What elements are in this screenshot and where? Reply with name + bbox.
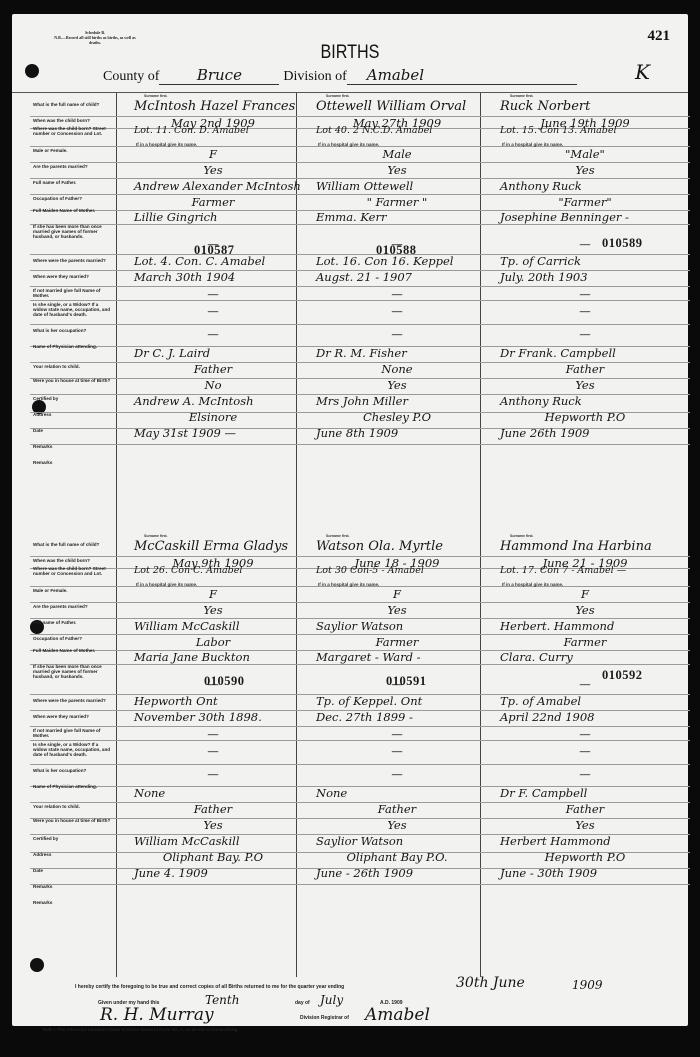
- record-father: Herbert. Hammond: [500, 619, 614, 633]
- surname-first-note: Surname first.: [144, 94, 168, 98]
- field-label: What is her occupation?: [33, 768, 113, 773]
- record-if-not-married: —: [490, 287, 680, 301]
- record-single-widow: —: [306, 304, 488, 318]
- field-label-remarks: Remarks: [33, 900, 113, 905]
- record-name: Ottewell William Orval: [316, 99, 466, 114]
- record-mother-maiden: Emma. Kerr: [316, 210, 386, 224]
- record-mother-maiden: Lillie Gingrich: [134, 210, 217, 224]
- field-label: Were you in house at time of Birth?: [33, 818, 113, 823]
- record-in-house: Yes: [306, 378, 488, 392]
- record-born-where: Lot. 15. Con 13. Amabel: [500, 125, 617, 136]
- field-label: Certified by: [33, 836, 113, 841]
- record-sex: F: [306, 587, 488, 601]
- record-former-husbands: —: [490, 677, 680, 691]
- record-single-widow: —: [306, 744, 488, 758]
- record-physician: Dr F. Campbell: [500, 786, 587, 800]
- field-label: Where were the parents married?: [33, 258, 113, 263]
- record-if-not-married: —: [490, 727, 680, 741]
- row-divider: [30, 444, 690, 445]
- registrar-label: Division Registrar of: [300, 1015, 349, 1021]
- row-divider: [30, 224, 690, 225]
- county-value: Bruce: [159, 66, 279, 85]
- record-physician: Dr C. J. Laird: [134, 346, 210, 360]
- record-her-occupation: —: [490, 767, 680, 781]
- field-label: Full Maiden Name of Mother.: [33, 208, 113, 213]
- record-where-married: Tp. of Carrick: [500, 254, 581, 268]
- record-date: June - 30th 1909: [500, 866, 597, 880]
- record-married: Yes: [490, 603, 680, 617]
- quarter-end: 30th June: [456, 975, 525, 991]
- record-occupation: "Farmer": [490, 195, 680, 209]
- record-when-married: Augst. 21 - 1907: [316, 270, 412, 284]
- field-label: Full name of Father.: [33, 620, 113, 625]
- field-label: If she has been more than once married g…: [33, 224, 113, 239]
- record-father: Anthony Ruck: [500, 179, 582, 193]
- record-born-where: Lot 40. 2 N.C.D. Amabel: [316, 125, 432, 136]
- record-address: Oliphant Bay. P.O: [124, 850, 302, 864]
- record-sex: "Male": [490, 147, 680, 161]
- record-her-occupation: —: [306, 327, 488, 341]
- field-label: Name of Physician attending.: [33, 784, 113, 789]
- registration-stamp: 010589: [602, 236, 643, 251]
- field-label: What is her occupation?: [33, 328, 113, 333]
- record-mother-maiden: Clara. Curry: [500, 650, 573, 664]
- record-mother-maiden: Margaret - Ward -: [316, 650, 421, 664]
- registrar-signature: R. H. Murray: [100, 1005, 214, 1025]
- field-label: If she has been more than once married g…: [33, 664, 113, 679]
- field-label: Date: [33, 428, 113, 433]
- record-her-occupation: —: [306, 767, 488, 781]
- record-her-occupation: —: [124, 767, 302, 781]
- record-physician: None: [134, 786, 165, 800]
- record-when-married: Dec. 27th 1899 -: [316, 710, 413, 724]
- record-relation: Father: [124, 362, 302, 376]
- record-in-house: Yes: [124, 818, 302, 832]
- field-label: Is she single, or a Widow? If a widow st…: [33, 742, 113, 757]
- field-label: Are the parents married?: [33, 604, 113, 609]
- day-of-label: day of: [295, 1000, 310, 1006]
- registration-stamp: 010590: [204, 674, 245, 689]
- record-mother-maiden: Maria Jane Buckton: [134, 650, 250, 664]
- surname-first-note: Surname first.: [510, 534, 534, 538]
- record-address: Elsinore: [124, 410, 302, 424]
- record-if-not-married: —: [124, 727, 302, 741]
- field-label: If not married give full Name of Mother.: [33, 728, 113, 738]
- record-occupation: " Farmer ": [306, 195, 488, 209]
- record-born-where: Lot 26. Con C. Amabel: [134, 565, 242, 576]
- field-label: Address: [33, 852, 113, 857]
- record-mother-maiden: Josephine Benninger -: [500, 210, 629, 224]
- field-label: Your relation to child.: [33, 364, 113, 369]
- field-label: Certified by: [33, 396, 113, 401]
- field-label: When was the child born?: [33, 118, 113, 123]
- record-occupation: Farmer: [124, 195, 302, 209]
- record-her-occupation: —: [124, 327, 302, 341]
- record-in-house: Yes: [306, 818, 488, 832]
- field-label: Is she single, or a Widow? If a widow st…: [33, 302, 113, 317]
- field-label: Where were the parents married?: [33, 698, 113, 703]
- field-label: What is the full name of child?: [33, 542, 113, 547]
- record-relation: Father: [490, 802, 680, 816]
- record-former-husbands: —: [490, 237, 680, 251]
- record-born-where: Lot. 17. Con 7 - Amabel —: [500, 565, 626, 576]
- record-single-widow: —: [490, 304, 680, 318]
- record-sex: F: [124, 587, 302, 601]
- record-date: June 26th 1909: [500, 426, 589, 440]
- row-divider: [30, 324, 690, 325]
- record-date: June 4. 1909: [134, 866, 208, 880]
- surname-first-note: Surname first.: [510, 94, 534, 98]
- registration-stamp: 010587: [194, 243, 235, 258]
- field-label: Remarks: [33, 884, 113, 889]
- binder-hole: [30, 958, 44, 972]
- record-occupation: Farmer: [306, 635, 488, 649]
- record-where-married: Tp. of Amabel: [500, 694, 581, 708]
- record-date: June - 26th 1909: [316, 866, 413, 880]
- record-married: Yes: [124, 603, 302, 617]
- registrar-division: Amabel: [365, 1005, 430, 1025]
- record-address: Hepworth P.O: [490, 410, 680, 424]
- record-date: June 8th 1909: [316, 426, 398, 440]
- binder-hole: [25, 64, 39, 78]
- row-divider: [30, 884, 690, 885]
- division-value: Amabel: [347, 66, 577, 85]
- month: July: [320, 993, 343, 1007]
- field-label: Date: [33, 868, 113, 873]
- record-name: Hammond Ina Harbina: [500, 539, 652, 554]
- record-occupation: Farmer: [490, 635, 680, 649]
- record-occupation: Labor: [124, 635, 302, 649]
- page-number: 421: [648, 28, 671, 45]
- registration-stamp: 010592: [602, 668, 643, 683]
- field-label: When was the child born?: [33, 558, 113, 563]
- page-title: BIRTHS: [53, 42, 648, 64]
- field-label: When were they married?: [33, 714, 113, 719]
- record-father: Andrew Alexander McIntosh: [134, 179, 301, 193]
- record-certified-by: Andrew A. McIntosh: [134, 394, 254, 408]
- county-division-line: County of Bruce Division of Amabel: [103, 66, 577, 85]
- registration-stamp: 010588: [376, 243, 417, 258]
- row-divider: [30, 664, 690, 665]
- record-name: Watson Ola. Myrtle: [316, 539, 443, 554]
- field-label: When were they married?: [33, 274, 113, 279]
- record-sex: Male: [306, 147, 488, 161]
- record-born-where: Lot 30 Con-5 - Amabel: [316, 565, 424, 576]
- record-single-widow: —: [124, 744, 302, 758]
- field-label: Remarks: [33, 444, 113, 449]
- record-name: McIntosh Hazel Frances: [134, 99, 295, 114]
- record-relation: Father: [490, 362, 680, 376]
- record-married: Yes: [306, 163, 488, 177]
- record-if-not-married: —: [124, 287, 302, 301]
- record-address: Chesley P.O: [306, 410, 488, 424]
- field-label-remarks: Remarks: [33, 460, 113, 465]
- record-in-house: Yes: [490, 378, 680, 392]
- record-name: Ruck Norbert: [500, 99, 590, 114]
- field-label: Full name of Father.: [33, 180, 113, 185]
- record-address: Oliphant Bay P.O.: [306, 850, 488, 864]
- field-label: What is the full name of child?: [33, 102, 113, 107]
- surname-first-note: Surname first.: [326, 94, 350, 98]
- record-married: Yes: [124, 163, 302, 177]
- certify-statement: I hereby certify the foregoing to be tru…: [75, 984, 344, 990]
- field-label: Are the parents married?: [33, 164, 113, 169]
- record-married: Yes: [306, 603, 488, 617]
- record-when-married: July. 20th 1903: [500, 270, 588, 284]
- record-if-not-married: —: [306, 287, 488, 301]
- record-in-house: Yes: [490, 818, 680, 832]
- record-father: William Ottewell: [316, 179, 413, 193]
- field-label: Your relation to child.: [33, 804, 113, 809]
- record-address: Hepworth P.O: [490, 850, 680, 864]
- field-label: Name of Physician attending.: [33, 344, 113, 349]
- corner-mark: K: [635, 60, 650, 84]
- record-relation: None: [306, 362, 488, 376]
- record-physician: Dr R. M. Fisher: [316, 346, 407, 360]
- field-label: Full Maiden Name of Mother.: [33, 648, 113, 653]
- footnote: *N.B.—The reference numbers relate to th…: [42, 1027, 239, 1032]
- field-label: Where was the child born? Street number …: [33, 566, 113, 576]
- record-when-married: March 30th 1904: [134, 270, 235, 284]
- record-relation: Father: [306, 802, 488, 816]
- record-father: Saylior Watson: [316, 619, 403, 633]
- record-when-married: April 22nd 1908: [500, 710, 595, 724]
- record-where-married: Tp. of Keppel. Ont: [316, 694, 422, 708]
- record-physician: Dr Frank. Campbell: [500, 346, 616, 360]
- field-label: Male or Female.: [33, 148, 113, 153]
- county-label: County of: [103, 69, 159, 85]
- registration-stamp: 010591: [386, 674, 427, 689]
- field-label: Occupation of Father?: [33, 196, 113, 201]
- field-label: If not married give full Name of Mother.: [33, 288, 113, 298]
- record-sex: F: [124, 147, 302, 161]
- quarter-year: 1909: [572, 978, 603, 992]
- record-certified-by: Anthony Ruck: [500, 394, 582, 408]
- record-single-widow: —: [124, 304, 302, 318]
- record-relation: Father: [124, 802, 302, 816]
- record-her-occupation: —: [490, 327, 680, 341]
- record-certified-by: Mrs John Miller: [316, 394, 408, 408]
- field-label: Where was the child born? Street number …: [33, 126, 113, 136]
- record-in-house: No: [124, 378, 302, 392]
- record-name: McCaskill Erma Gladys: [134, 539, 288, 554]
- record-single-widow: —: [490, 744, 680, 758]
- field-label: Address: [33, 412, 113, 417]
- surname-first-note: Surname first.: [144, 534, 168, 538]
- row-divider: [30, 786, 690, 787]
- division-label: Division of: [283, 69, 346, 85]
- header-rule: [12, 92, 688, 93]
- record-certified-by: Herbert Hammond: [500, 834, 611, 848]
- record-date: May 31st 1909 —: [134, 426, 236, 440]
- row-divider: [30, 764, 690, 765]
- record-married: Yes: [490, 163, 680, 177]
- record-if-not-married: —: [306, 727, 488, 741]
- field-label: Male or Female.: [33, 588, 113, 593]
- record-certified-by: William McCaskill: [134, 834, 240, 848]
- record-where-married: Hepworth Ont: [134, 694, 218, 708]
- record-physician: None: [316, 786, 347, 800]
- record-certified-by: Saylior Watson: [316, 834, 403, 848]
- record-when-married: November 30th 1898.: [134, 710, 262, 724]
- record-father: William McCaskill: [134, 619, 240, 633]
- record-sex: F: [490, 587, 680, 601]
- field-label: Occupation of Father?: [33, 636, 113, 641]
- record-born-where: Lot. 11. Con. D. Amabel: [134, 125, 249, 136]
- field-label: Were you in house at time of Birth?: [33, 378, 113, 383]
- surname-first-note: Surname first.: [326, 534, 350, 538]
